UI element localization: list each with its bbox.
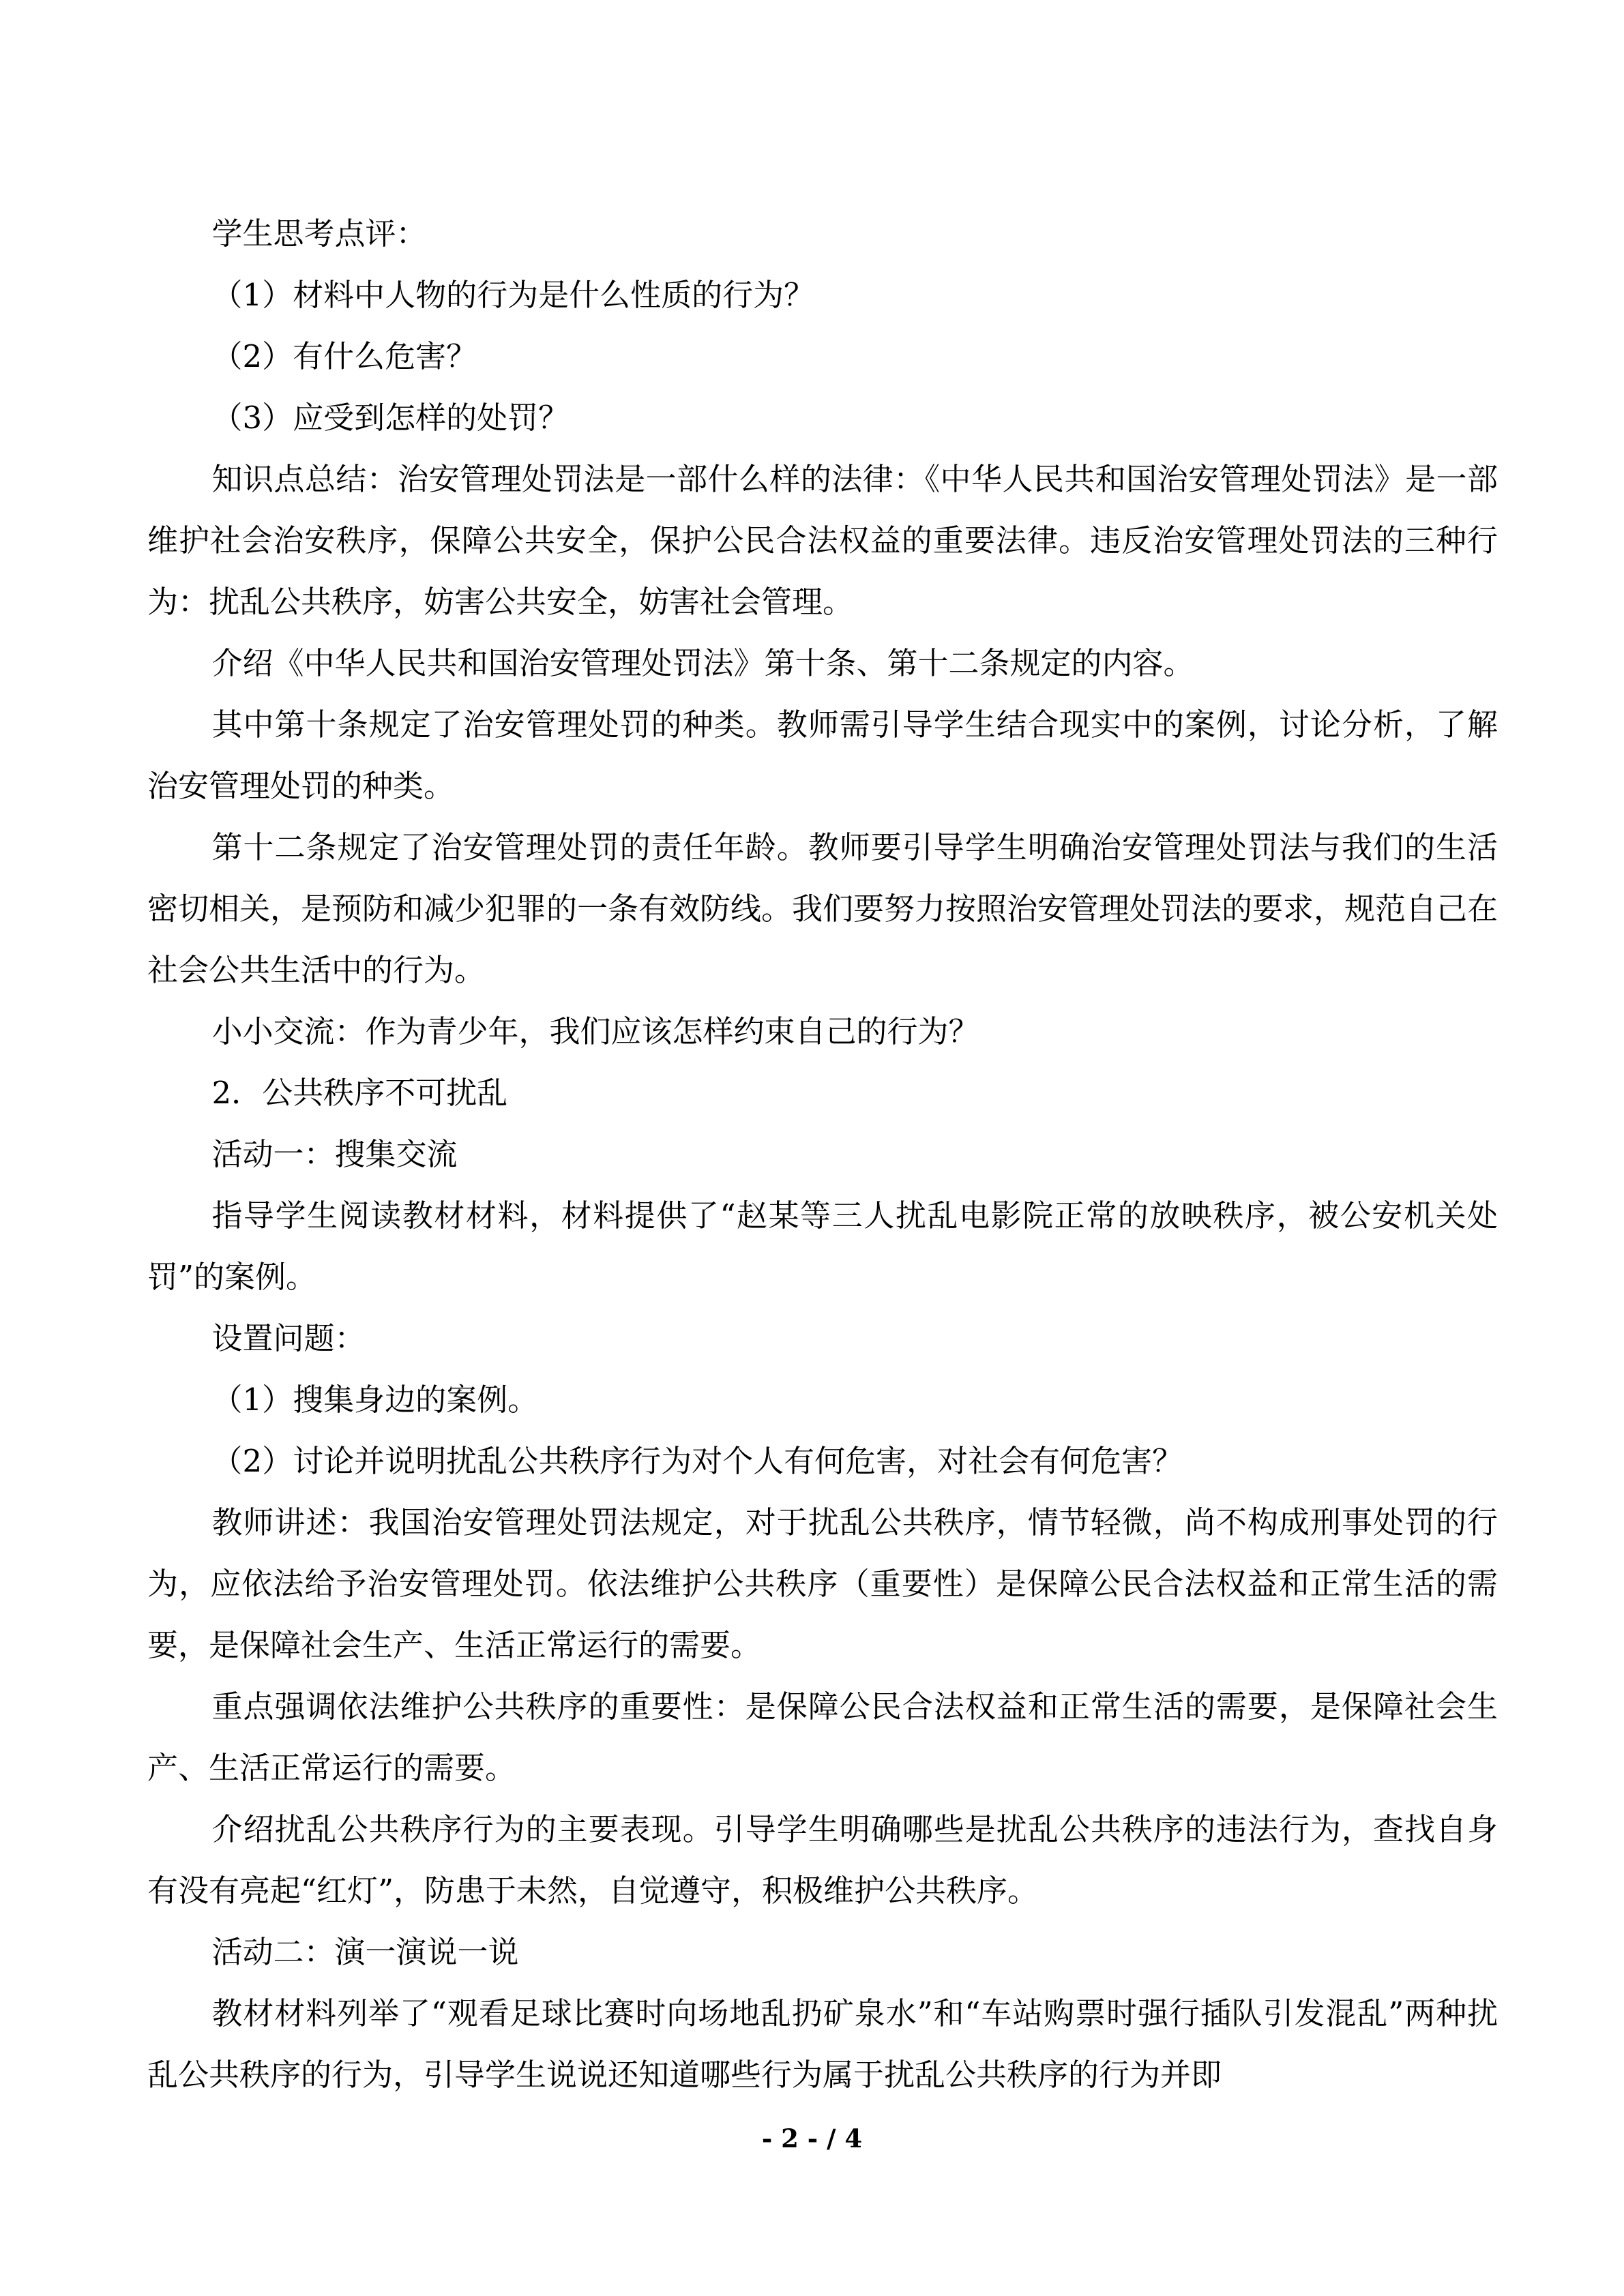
page-number-footer: - 2 - / 4 (0, 2122, 1624, 2155)
paragraph: 知识点总结：治安管理处罚法是一部什么样的法律：《中华人民共和国治安管理处罚法》是… (147, 449, 1498, 633)
page-number-text: - 2 - / 4 (762, 2123, 862, 2153)
paragraph: 其中第十条规定了治安管理处罚的种类。教师需引导学生结合现实中的案例，讨论分析，了… (147, 694, 1498, 817)
paragraph: （1）搜集身边的案例。 (147, 1369, 1498, 1431)
document-content: 学生思考点评： （1）材料中人物的行为是什么性质的行为？ （2）有什么危害？ （… (147, 203, 1498, 2106)
paragraph: 重点强调依法维护公共秩序的重要性：是保障公民合法权益和正常生活的需要，是保障社会… (147, 1676, 1498, 1799)
paragraph: 设置问题： (147, 1308, 1498, 1369)
paragraph-activity-heading: 活动一：搜集交流 (147, 1124, 1498, 1185)
document-page: 学生思考点评： （1）材料中人物的行为是什么性质的行为？ （2）有什么危害？ （… (0, 0, 1624, 2296)
paragraph-activity-heading: 活动二：演一演说一说 (147, 1922, 1498, 1983)
paragraph: （2）有什么危害？ (147, 326, 1498, 387)
paragraph: 第十二条规定了治安管理处罚的责任年龄。教师要引导学生明确治安管理处罚法与我们的生… (147, 817, 1498, 1001)
paragraph: 教材材料列举了“观看足球比赛时向场地乱扔矿泉水”和“车站购票时强行插队引发混乱”… (147, 1983, 1498, 2106)
paragraph: （3）应受到怎样的处罚？ (147, 387, 1498, 449)
paragraph: 介绍《中华人民共和国治安管理处罚法》第十条、第十二条规定的内容。 (147, 633, 1498, 694)
paragraph: 学生思考点评： (147, 203, 1498, 265)
paragraph-section-heading: 2．公共秩序不可扰乱 (147, 1062, 1498, 1124)
paragraph: 指导学生阅读教材材料，材料提供了“赵某等三人扰乱电影院正常的放映秩序，被公安机关… (147, 1185, 1498, 1308)
paragraph: 介绍扰乱公共秩序行为的主要表现。引导学生明确哪些是扰乱公共秩序的违法行为，查找自… (147, 1799, 1498, 1922)
paragraph: 小小交流：作为青少年，我们应该怎样约束自己的行为？ (147, 1001, 1498, 1062)
paragraph: 教师讲述：我国治安管理处罚法规定，对于扰乱公共秩序，情节轻微，尚不构成刑事处罚的… (147, 1492, 1498, 1676)
paragraph: （2）讨论并说明扰乱公共秩序行为对个人有何危害，对社会有何危害？ (147, 1431, 1498, 1492)
paragraph: （1）材料中人物的行为是什么性质的行为？ (147, 265, 1498, 326)
